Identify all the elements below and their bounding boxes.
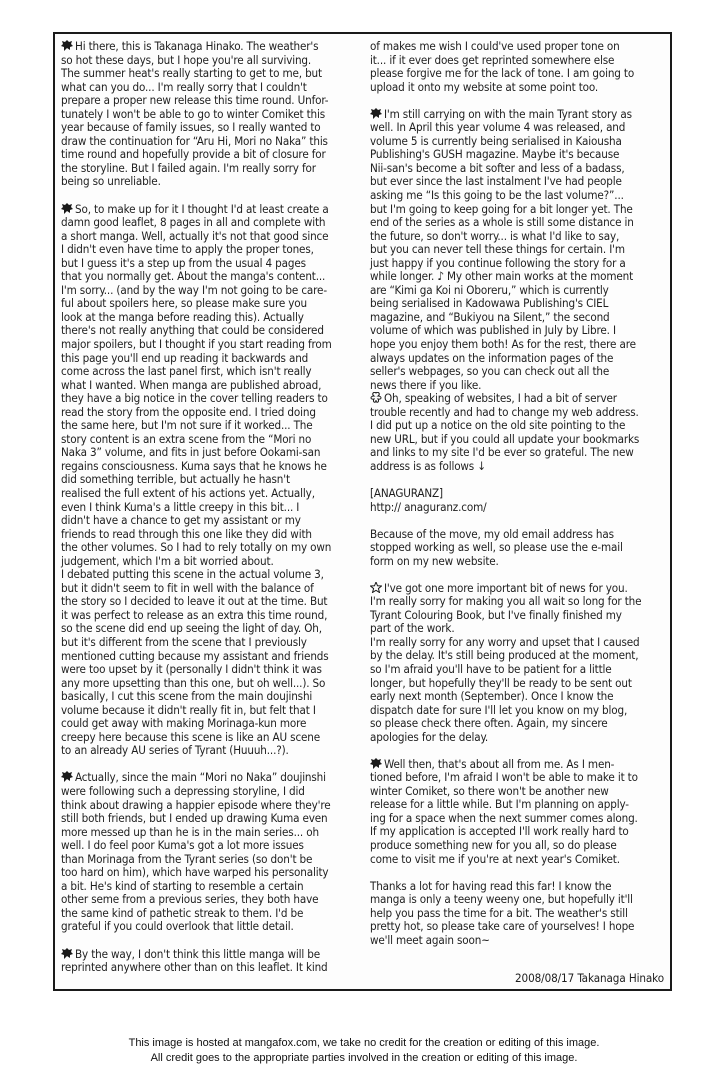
leaf-icon — [370, 108, 382, 119]
leaf-icon — [61, 40, 73, 51]
hosting-disclaimer: This image is hosted at mangafox.com, we… — [0, 1036, 728, 1066]
paragraph-happier-episode: Actually, since the main “Mori no Naka” … — [61, 771, 363, 934]
paragraph-tyrant-story: I'm still carrying on with the main Tyra… — [370, 108, 670, 392]
leaf-icon — [370, 758, 382, 769]
right-column: of makes me wish I could've used proper … — [370, 40, 670, 961]
paragraph-reprint-continued: of makes me wish I could've used proper … — [370, 40, 670, 94]
paragraph-websites: Oh, speaking of websites, I had a bit of… — [370, 392, 670, 473]
paragraph-greeting: Hi there, this is Takanaga Hinako. The w… — [61, 40, 363, 189]
star-outline-icon — [370, 582, 382, 593]
paragraph-comiket: Well then, that's about all from me. As … — [370, 758, 670, 866]
website-address: [ANAGURANZ] http:// anaguranz.com/ — [370, 487, 670, 514]
afterword-page: Hi there, this is Takanaga Hinako. The w… — [53, 32, 672, 991]
flower-outline-icon — [370, 392, 382, 403]
leaf-icon — [61, 948, 73, 959]
signature: 2008/08/17 Takanaga Hinako — [515, 971, 664, 985]
leaf-icon — [61, 771, 73, 782]
paragraph-reprint: By the way, I don't think this little ma… — [61, 948, 363, 975]
paragraph-colouring-book: I've got one more important bit of news … — [370, 582, 670, 745]
paragraph-leaflet: So, to make up for it I thought I'd at l… — [61, 203, 363, 758]
paragraph-thanks: Thanks a lot for having read this far! I… — [370, 880, 670, 948]
left-column: Hi there, this is Takanaga Hinako. The w… — [61, 40, 363, 988]
disclaimer-line-1: This image is hosted at mangafox.com, we… — [0, 1036, 728, 1051]
leaf-icon — [61, 203, 73, 214]
disclaimer-line-2: All credit goes to the appropriate parti… — [0, 1051, 728, 1066]
paragraph-email: Because of the move, my old email addres… — [370, 528, 670, 569]
